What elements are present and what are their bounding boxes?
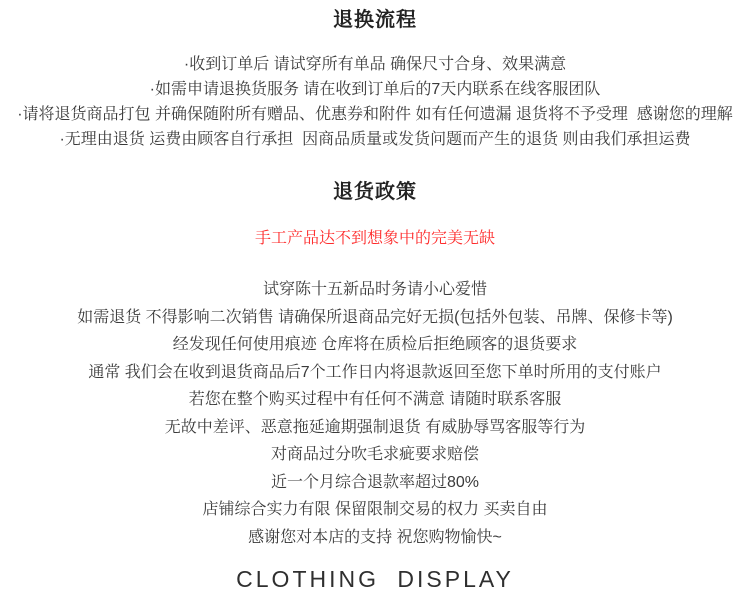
policy-line: 感谢您对本店的支持 祝您购物愉快~ (0, 524, 750, 552)
exchange-process-lines: ·收到订单后 请试穿所有单品 确保尺寸合身、效果满意 ·如需申请退换货服务 请在… (0, 52, 750, 152)
policy-line: ·无理由退货 运费由顾客自行承担 因商品质量或发货问题而产生的退货 则由我们承担… (0, 127, 750, 152)
policy-line: 通常 我们会在收到退货商品后7个工作日内将退款返回至您下单时所用的支付账户 (0, 359, 750, 387)
policy-line: 试穿陈十五新品时务请小心爱惜 (0, 276, 750, 304)
policy-line: 若您在整个购买过程中有任何不满意 请随时联系客服 (0, 386, 750, 414)
section-title-exchange-process: 退换流程 (0, 0, 750, 32)
policy-line: 对商品过分吹毛求疵要求赔偿 (0, 441, 750, 469)
policy-line: 无故中差评、恶意拖延逾期强制退货 有威胁辱骂客服等行为 (0, 414, 750, 442)
policy-line: ·收到订单后 请试穿所有单品 确保尺寸合身、效果满意 (0, 52, 750, 77)
section-title-return-policy: 退货政策 (0, 180, 750, 204)
policy-line: 如需退货 不得影响二次销售 请确保所退商品完好无损(包括外包装、吊牌、保修卡等) (0, 304, 750, 332)
handmade-disclaimer-highlight: 手工产品达不到想象中的完美无缺 (0, 230, 750, 248)
clothing-display-wordmark: CLOTHING DISPLAY (0, 567, 750, 591)
policy-line: 经发现任何使用痕迹 仓库将在质检后拒绝顾客的退货要求 (0, 331, 750, 359)
policy-line: ·请将退货商品打包 并确保随附所有赠品、优惠券和附件 如有任何遗漏 退货将不予受… (0, 102, 750, 127)
policy-line: ·如需申请退换货服务 请在收到订单后的7天内联系在线客服团队 (0, 77, 750, 102)
policy-line: 店铺综合实力有限 保留限制交易的权力 买卖自由 (0, 496, 750, 524)
return-policy-lines: 试穿陈十五新品时务请小心爱惜 如需退货 不得影响二次销售 请确保所退商品完好无损… (0, 276, 750, 551)
policy-line: 近一个月综合退款率超过80% (0, 469, 750, 497)
return-policy-page: 退换流程 ·收到订单后 请试穿所有单品 确保尺寸合身、效果满意 ·如需申请退换货… (0, 0, 750, 601)
